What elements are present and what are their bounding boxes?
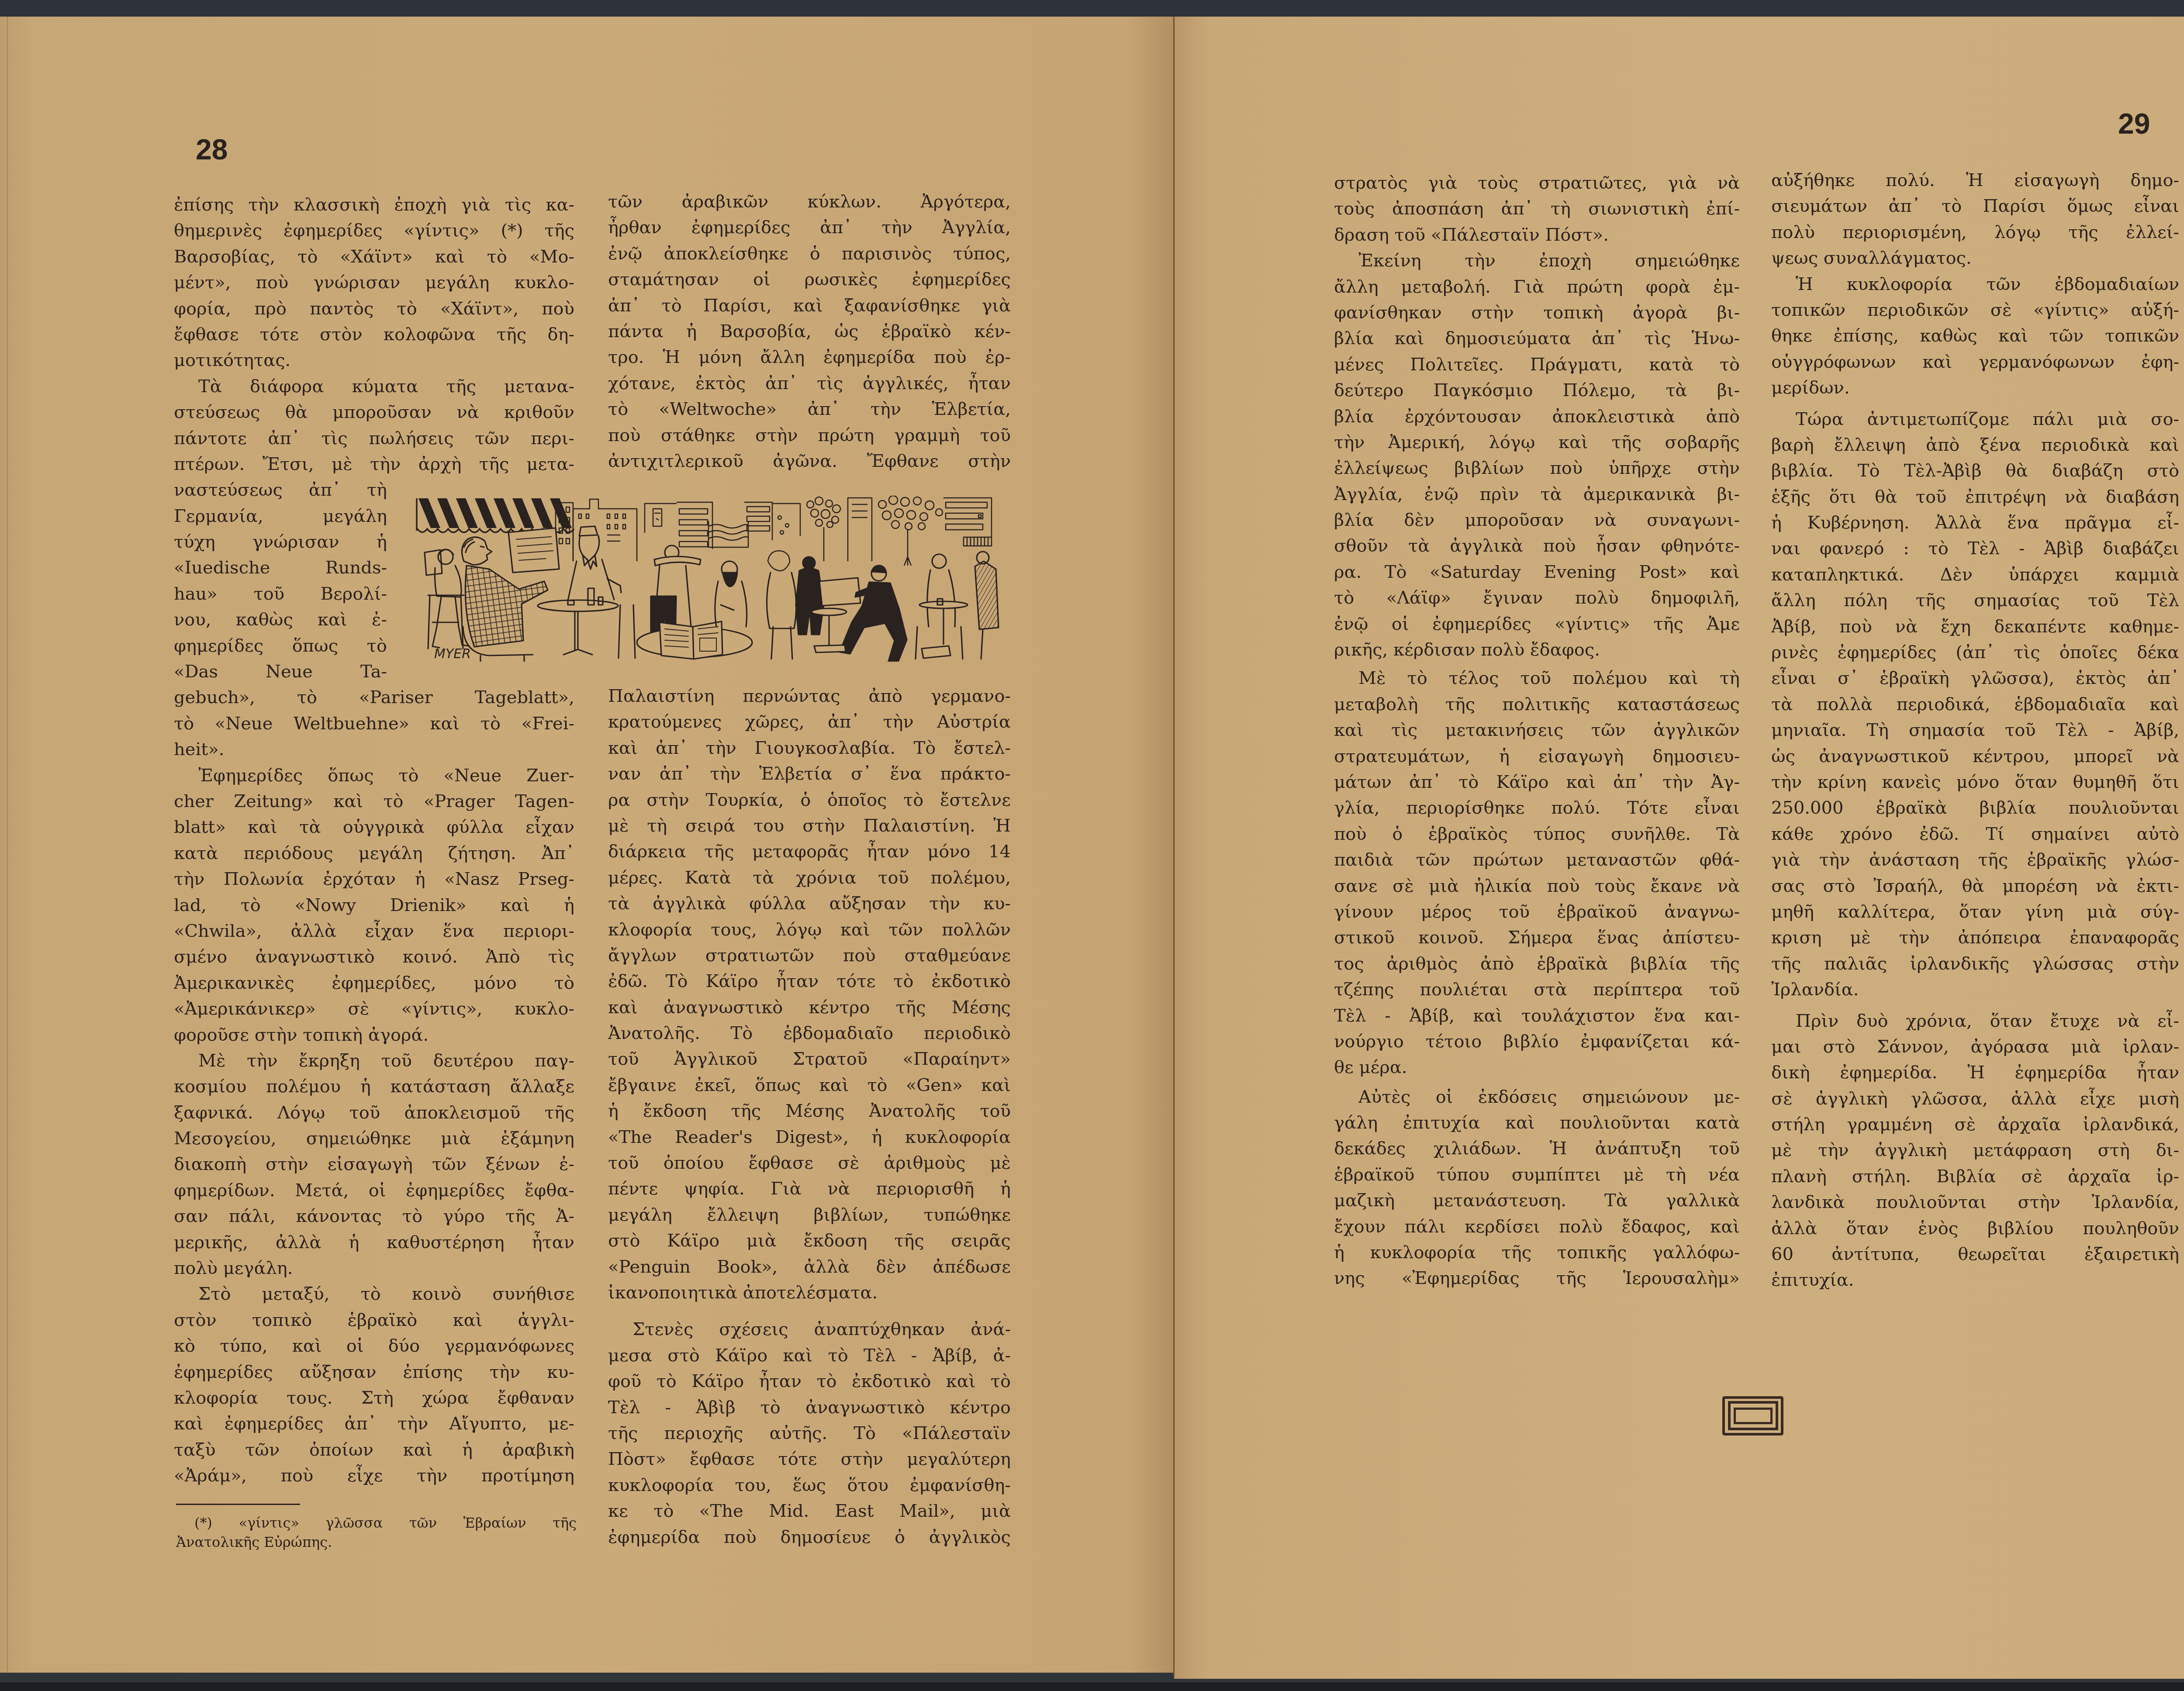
text-line: τὰ ἀγγλικὰ φύλλα αὔξησαν τὴν κυ- (608, 891, 1011, 917)
text-line: Στὸ μεταξύ, τὸ κοινὸ συνήθισε (174, 1281, 574, 1307)
footnote-rule (176, 1504, 300, 1505)
text-line: νου, καθὼς καὶ ἐ- (174, 607, 387, 633)
text-line: τὸ «Neue Weltbuehne» καὶ τὸ «Frei- (174, 711, 574, 737)
text-line: ξαφνικά. Λόγῳ τοῦ ἀποκλεισμοῦ τῆς (174, 1100, 574, 1126)
text-line: 250.000 ἑβραϊκὰ βιβλία πουλιοῦνται (1771, 795, 2179, 821)
text-line: Ἀμερικανικὲς ἐφημερίδες, μόνο τὸ (174, 970, 574, 996)
text-line: τῆς παλιᾶς ἰρλανδικῆς γλώσσας στὴν (1771, 951, 2179, 977)
text-line: μαι στὸ Σάννον, ἀγόρασα μιὰ ἰρλαν- (1771, 1034, 2179, 1060)
text-line: κλοφορία τους. Στὴ χώρα ἔφθαναν (174, 1385, 574, 1411)
text-line: πάντοτε ἀπ᾽ τὶς πωλήσεις τῶν περι- (174, 426, 574, 452)
text-line: Βαρσοβίας, τὸ «Χάϊντ» καὶ τὸ «Μο- (174, 244, 574, 270)
text-line: μερίδων. (1771, 375, 2179, 401)
scan-border-top (0, 0, 2184, 17)
text-line: Ἀβίβ, ποὺ νὰ ἔχη δεκαπέντε καθημε- (1771, 614, 2179, 640)
text-line: τὴν Ἀμερική, λόγῳ καὶ τῆς σοβαρῆς (1334, 430, 1740, 456)
text-line: ἔβγαινε ἐκεῖ, ὅπως καὶ τὸ «Gen» καὶ (608, 1073, 1011, 1098)
text-line: τος ἀριθμὸς ἀπὸ ἑβραϊκὰ βιβλία τῆς (1334, 951, 1740, 977)
book-gutter (1173, 17, 1175, 1676)
text-line: ταξὺ τῶν ὁποίων καὶ ἡ ἀραβικὴ (174, 1437, 574, 1463)
text-line: βλία δὲν μποροῦσαν νὰ συναγωνι- (1334, 507, 1740, 533)
text-line: τοὺς ἀποσπάση ἀπ᾽ τὴ σιωνιστικὴ ἐπί- (1334, 196, 1740, 222)
text-line: μεταβολὴ τῆς πολιτικῆς καταστάσεως (1334, 692, 1740, 718)
text-line: τοῦ Ἀγγλικοῦ Στρατοῦ «Παραίηντ» (608, 1046, 1011, 1072)
text-line: κάθε χρόνο ἐδῶ. Τί σημαίνει αὐτὸ (1771, 821, 2179, 847)
cafe-terrace-illustration: MYER (415, 496, 1002, 662)
text-line: τῆς περιοχῆς αὐτῆς. Τὸ «Πάλεσταϊν (608, 1421, 1011, 1446)
left-page-column-2-top: τῶν ἀραβικῶν κύκλων. Ἀργότερα, ἦρθαν ἐφη… (608, 189, 1011, 474)
text-line: στὸν τοπικὸ ἑβραϊκὸ καὶ ἀγγλι- (174, 1308, 574, 1333)
text-line: βιβλία. Τὸ Τὲλ-Ἀβὶβ θὰ διαβάζη στὸ (1771, 458, 2179, 484)
footnote-line: (*) «γίντις» γλῶσσα τῶν Ἑβραίων τῆς (176, 1513, 577, 1532)
text-line: σας στὸ Ἰσραήλ, θὰ μπορέση νὰ ἐκτι- (1771, 873, 2179, 899)
text-line: «Chwila», ἀλλὰ εἶχαν ἕνα περιορι- (174, 918, 574, 944)
text-line: ἐλλείψεως βιβλίων ποὺ ὑπῆρχε στὴν (1334, 456, 1740, 481)
text-line: φανίσθηκαν στὴν τοπικὴ ἀγορὰ βι- (1334, 300, 1740, 326)
text-line: τῶν ἀραβικῶν κύκλων. Ἀργότερα, (608, 189, 1011, 215)
text-line: μὲ τὴν ἀγγλικὴ μετάφραση στὴ δι- (1771, 1138, 2179, 1163)
text-line: ναι φανερό : τὸ Τὲλ - Ἀβὶβ διαβάζει (1771, 536, 2179, 562)
striped-awning (417, 498, 574, 532)
text-line: μαζικὴ μετανάστευση. Τὰ γαλλικὰ (1334, 1188, 1740, 1214)
text-line: «Das Neue Ta- (174, 659, 387, 685)
text-line: δραση τοῦ «Πάλεσταϊν Πόστ». (1334, 222, 1740, 248)
text-line: ἐνῷ ἀποκλείσθηκε ὁ παρισινὸς τύπος, (608, 241, 1011, 267)
text-line: πέντε ψηφία. Γιὰ νὰ περιορισθῆ ἡ (608, 1176, 1011, 1202)
cafe-figures (425, 526, 999, 662)
text-line: στεύσεως θὰ μποροῦσαν νὰ κριθοῦν (174, 400, 574, 425)
text-line: κοσμίου πολέμου ἡ κατάσταση ἄλλαξε (174, 1074, 574, 1100)
text-line: θημερινὲς ἐφημερίδες «γίντις» (*) τῆς (174, 218, 574, 244)
text-line: ἀπ᾽ τὸ Παρίσι, καὶ ξαφανίσθηκε γιὰ (608, 293, 1011, 319)
text-line: τρο. Ἡ μόνη ἄλλη ἐφημερίδα ποὺ ἐρ- (608, 345, 1011, 370)
text-line: γλία, περιορίσθηκε πολύ. Τότε εἶναι (1334, 795, 1740, 821)
text-line: «Ἀμερικάνικερ» σὲ «γίντις», κυκλο- (174, 996, 574, 1022)
text-line: δεκάδες χιλιάδων. Ἡ ἀνάπτυξη τοῦ (1334, 1136, 1740, 1162)
text-line: μοτικότητας. (174, 348, 574, 373)
text-line: ποὺ ὁ ἑβραϊκὸς τύπος συνῆλθε. Τὰ (1334, 821, 1740, 847)
text-line: Ἀνατολῆς. Τὸ ἑβδομαδιαῖο περιοδικὸ (608, 1021, 1011, 1046)
footnote: (*) «γίντις» γλῶσσα τῶν Ἑβραίων τῆς Ἀνατ… (176, 1513, 577, 1552)
text-line: ὡς ἀναγνωστικοῦ κέντρου, μπορεῖ νὰ (1771, 744, 2179, 770)
text-line: «The Reader's Digest», ἡ κυκλοφορία (608, 1125, 1011, 1150)
text-line: Πρὶν δυὸ χρόνια, ὅταν ἔτυχε νὰ εἶ- (1771, 1008, 2179, 1034)
text-line: φοῦ τὸ Κάϊρο ἦταν τὸ ἐκδοτικὸ καὶ τὸ (608, 1369, 1011, 1394)
text-line: ἀλλὰ ὅταν ἑνὸς βιβλίου πουληθοῦν (1771, 1216, 2179, 1242)
text-line: πολὺ περιορισμένη, λόγῳ τῆς ἐλλεί- (1771, 220, 2179, 245)
text-line: θηκε ἐπίσης, καθὼς καὶ τῶν τοπικῶν (1771, 323, 2179, 349)
left-page-column-1: ἐπίσης τὴν κλασσικὴ ἐποχὴ γιὰ τὶς κα- θη… (174, 192, 574, 1489)
text-line: τζέπης πουλιέται στὰ περίπτερα τοῦ (1334, 977, 1740, 1003)
text-line: ἄλλη μεταβολή. Γιὰ πρώτη φορὰ ἐμ- (1334, 274, 1740, 300)
text-line: hau» τοῦ Βερολί- (174, 581, 387, 607)
text-line: αὐξήθηκε πολύ. Ἡ εἰσαγωγὴ δημο- (1771, 168, 2179, 193)
text-line: ψεως συναλλάγματος. (1771, 245, 2179, 271)
text-line: πλανὴ στήλη. Βιβλία σὲ ἀρχαῖα ἰρ- (1771, 1164, 2179, 1190)
text-line: ἐφημερίδα ποὺ δημοσίευε ὁ ἀγγλικὸς (608, 1525, 1011, 1550)
text-line: μεγάλη ἔλλειψη βιβλίων, τυπώθηκε (608, 1202, 1011, 1228)
text-line: μένες Πολιτεῖες. Πράγματι, κατὰ τὸ (1334, 352, 1740, 378)
text-line: Ἀγγλία, ἐνῷ πρὶν τὰ ἀμερικανικὰ βι- (1334, 482, 1740, 507)
text-line: διακοπὴ στὴν εἰσαγωγὴ τῶν ξένων ἐ- (174, 1152, 574, 1177)
text-line: ναν ἀπ᾽ τὴν Ἑλβετία σ᾽ ἕνα πράκτο- (608, 761, 1011, 787)
text-line: κατὰ περιόδους μεγάλη ζήτηση. Ἀπ᾽ (174, 841, 574, 866)
text-line: Αὐτὲς οἱ ἐκδόσεις σημειώνουν με- (1334, 1084, 1740, 1110)
text-line: Τὲλ - Ἀβίβ, καὶ τουλάχιστον ἕνα και- (1334, 1003, 1740, 1029)
text-line: πτέρων. Ἔτσι, μὲ τὴν ἀρχὴ τῆς μετα- (174, 452, 574, 477)
text-line: ἐφημερίδες αὔξησαν ἐπίσης τὴν κυ- (174, 1360, 574, 1385)
text-line: cher Zeitung» καὶ τὸ «Prager Tagen- (174, 789, 574, 814)
text-line: ἑξῆς ὅτι θὰ τοῦ ἐπιτρέψη νὰ διαβάση (1771, 484, 2179, 510)
text-line: Τώρα ἀντιμετωπίζομε πάλι μιὰ σο- (1771, 407, 2179, 432)
text-line: στικοῦ κοινοῦ. Σήμερα ἕνας ἀπίστευ- (1334, 925, 1740, 951)
text-line: βλία καὶ δημοσιεύματα ἀπ᾽ τὶς Ἡνω- (1334, 326, 1740, 352)
text-line: πάντα ἡ Βαρσοβία, ὡς ἑβραϊκὸ κέν- (608, 319, 1011, 345)
text-line: ἡ κυκλοφορία τῆς τοπικῆς γαλλόφω- (1334, 1240, 1740, 1266)
text-line: κυκλοφορία του, ἕως ὅτου ἐμφανίσθη- (608, 1473, 1011, 1498)
text-line: καὶ ἐφημερίδες ἀπ᾽ τὴν Αἴγυπτο, με- (174, 1411, 574, 1437)
text-line: κε τὸ «The Mid. East Mail», μιὰ (608, 1498, 1011, 1524)
text-line: φημερίδες ὅπως τὸ (174, 633, 387, 659)
text-line: ἑβραϊκοῦ τύπου συμπίπτει μὲ τὴ νέα (1334, 1162, 1740, 1188)
text-line: heit». (174, 737, 574, 763)
text-line: μεσα στὸ Κάϊρο καὶ τὸ Τὲλ - Ἀβίβ, ἀ- (608, 1343, 1011, 1369)
text-line: εἶναι σ᾽ ἑβραϊκὴ γλῶσσα), ἐκτὸς ἀπ᾽ (1771, 666, 2179, 691)
text-line: διάρκεια τῆς μεταφορᾶς ἦταν μόνο 14 (608, 839, 1011, 865)
text-line: ἐπιτυχία. (1771, 1267, 2179, 1293)
text-line: σιευμάτων ἀπ᾽ τὸ Παρίσι ὅμως εἶναι (1771, 193, 2179, 219)
text-line: μηθῆ καλλίτερα, ὅταν γίνη μιὰ σύγ- (1771, 899, 2179, 925)
text-line: στὸ Κάϊρο μιὰ ἔκδοση τῆς σειρᾶς (608, 1228, 1011, 1254)
text-line: gebuch», τὸ «Pariser Tageblatt», (174, 685, 574, 711)
text-line: ἔφθασε τότε στὸν κολοφῶνα τῆς δη- (174, 322, 574, 348)
text-line: Γερμανία, μεγάλη (174, 504, 387, 529)
text-line: καὶ τὶς μετακινήσεις τῶν ἀγγλικῶν (1334, 718, 1740, 743)
text-line: στρατευμάτων, ἡ εἰσαγωγὴ δημοσιευ- (1334, 744, 1740, 770)
text-line: Μεσογείου, σημειώθηκε μιὰ ἑξάμηνη (174, 1126, 574, 1152)
text-line: τὴν Πολωνία ἐρχόταν ἡ «Nasz Prseg- (174, 866, 574, 892)
text-line: γιὰ τὴν ἀνάσταση τῆς ἑβραϊκῆς γλώσ- (1771, 847, 2179, 873)
text-line: στρατὸς γιὰ τοὺς στρατιῶτες, γιὰ νὰ (1334, 170, 1740, 196)
text-line: φημερίδων. Μετά, οἱ ἐφημερίδες ἔφθα- (174, 1178, 574, 1204)
text-line: Στενὲς σχέσεις ἀναπτύχθηκαν ἀνά- (608, 1317, 1011, 1342)
text-line: ρικῆς, κέρδισαν πολὺ ἔδαφος. (1334, 637, 1740, 663)
text-line: σαν πάλι, κάνοντας τὸ γύρο τῆς Ἀ- (174, 1204, 574, 1229)
text-line: στήλη γραμμένη σὲ ἀρχαῖα ἰρλανδικά, (1771, 1112, 2179, 1138)
text-line: ἱκανοποιητικὰ ἀποτελέσματα. (608, 1280, 1011, 1306)
text-line: Μὲ τὸ τέλος τοῦ πολέμου καὶ τὴ (1334, 666, 1740, 691)
footnote-line: Ἀνατολικῆς Εὐρώπης. (176, 1532, 577, 1552)
text-line: θε μέρα. (1334, 1055, 1740, 1080)
text-line: μέντ», ποὺ γνώρισαν μεγάλη κυκλο- (174, 270, 574, 296)
text-line: blatt» καὶ τὰ οὑγγρικὰ φύλλα εἶχαν (174, 814, 574, 840)
text-line: σὲ ἀγγλικὴ γλῶσσα, ἀλλὰ εἶχε μισὴ (1771, 1086, 2179, 1112)
text-line: μάτων ἀπ᾽ τὸ Κάϊρο καὶ ἀπ᾽ τὴν Ἀγ- (1334, 770, 1740, 795)
illustration-signature: MYER (434, 646, 471, 662)
left-page-column-2-bottom: Παλαιστίνη περνώντας ἀπὸ γερμανο- κρατού… (608, 683, 1011, 1550)
text-line: μέρες. Κατὰ τὰ χρόνια τοῦ πολέμου, (608, 865, 1011, 891)
text-line: παιδιὰ τῶν πρώτων μεταναστῶν φθά- (1334, 847, 1740, 873)
text-line: «Iuedische Runds- (174, 555, 387, 581)
text-line: τοπικῶν περιοδικῶν σὲ «γίντις» αὐξή- (1771, 297, 2179, 323)
text-line: ἀντιχιτλερικοῦ ἀγῶνα. Ἔφθανε στὴν (608, 449, 1011, 474)
text-line: Πὸστ» ἔφθασε τότε στὴν μεγαλύτερη (608, 1446, 1011, 1472)
text-line: μὲ τὴ σειρά του στὴν Παλαιστίνη. Ἡ (608, 813, 1011, 839)
text-line: ρα. Τὸ «Saturday Evening Post» καὶ (1334, 559, 1740, 585)
text-line: τοῦ ὁποίου ἔφθασε σὲ ἀριθμοὺς μὲ (608, 1150, 1011, 1176)
city-skyline (556, 496, 992, 566)
text-line: Τὲλ - Ἀβὶβ τὸ ἀναγνωστικὸ κέντρο (608, 1395, 1011, 1421)
text-line: σμένο ἀναγνωστικὸ κοινό. Ἀπὸ τὶς (174, 944, 574, 970)
text-line: κρατούμενες χῶρες, ἀπ᾽ τὴν Αὐστρία (608, 709, 1011, 735)
text-line: νης «Ἐφημερίδας τῆς Ἱερουσαλὴμ» (1334, 1266, 1740, 1291)
text-line: «Ἀράμ», ποὺ εἶχε τὴν προτίμηση (174, 1463, 574, 1489)
text-line: φοροῦσε στὴν τοπικὴ ἀγορά. (174, 1022, 574, 1048)
text-line: δικὴ ἐφημερίδα. Ἡ ἐφημερίδα ἦταν (1771, 1060, 2179, 1086)
text-line: ρινὲς ἐφημερίδες (ἀπ᾽ τὶς ὁποῖες δέκα (1771, 640, 2179, 666)
text-line: τὴν κρίνη κανεὶς μόνο ὅταν θυμηθῆ ὅτι (1771, 770, 2179, 795)
text-line: ἦρθαν ἐφημερίδες ἀπ᾽ τὴν Ἀγγλία, (608, 215, 1011, 241)
text-line: οὑγγρόφωνων καὶ γερμανόφωνων ἐφη- (1771, 349, 2179, 375)
page-stack-edge (7, 17, 8, 1673)
text-line: ἐδῶ. Τὸ Κάϊρο ἦταν τότε τὸ ἐκδοτικὸ (608, 969, 1011, 994)
text-line: μηνιαῖα. Τὴ σημασία τοῦ Τὲλ - Ἀβίβ, (1771, 718, 2179, 743)
text-line: Ἐφημερίδες ὅπως τὸ «Neue Zuer- (174, 763, 574, 789)
right-page-column-2: αὐξήθηκε πολύ. Ἡ εἰσαγωγὴ δημο- σιευμάτω… (1771, 168, 2179, 1294)
text-line: ἄλλη πόλη τῆς σημασίας τοῦ Τὲλ (1771, 588, 2179, 614)
text-line: κὸ τύπο, καὶ οἱ δύο γερμανόφωνες (174, 1333, 574, 1359)
text-line: «Penguin Book», ἀλλὰ δὲν ἀπέδωσε (608, 1254, 1011, 1280)
text-line: ἐπίσης τὴν κλασσικὴ ἐποχὴ γιὰ τὶς κα- (174, 192, 574, 218)
text-line: γάλη ἐπιτυχία καὶ πουλιοῦνται κατὰ (1334, 1110, 1740, 1136)
text-line: σθοῦν τὰ ἀγγλικὰ ποὺ ἦσαν φθηνότε- (1334, 533, 1740, 559)
text-line: Ἐκείνη τὴν ἐποχὴ σημειώθηκε (1334, 248, 1740, 274)
text-line: lad, τὸ «Nowy Drienik» καὶ ἡ (174, 893, 574, 918)
text-line: ἡ Κυβέρνηση. Ἀλλὰ ἕνα πρᾶγμα εἶ- (1771, 510, 2179, 536)
text-line: καταπληκτικά. Δὲν ὑπάρχει καμμιὰ (1771, 562, 2179, 588)
triple-rectangle-ornament-icon (1722, 1396, 1783, 1436)
page-number-right: 29 (2118, 109, 2150, 138)
text-line: δεύτερο Παγκόσμιο Πόλεμο, τὰ βι- (1334, 378, 1740, 404)
text-line: Ἡ κυκλοφορία τῶν ἑβδομαδιαίων (1771, 272, 2179, 297)
text-line: κλοφορία τους, λόγῳ καὶ τῶν πολλῶν (608, 917, 1011, 943)
text-line: σταμάτησαν οἱ ρωσικὲς ἐφημερίδες (608, 267, 1011, 293)
text-line: ἡ ἔκδοση τῆς Μέσης Ἀνατολῆς τοῦ (608, 1098, 1011, 1124)
text-line: νούργιο τέτοιο βιβλίο ἐμφανίζεται κά- (1334, 1029, 1740, 1055)
page-number-left: 28 (196, 135, 228, 164)
text-line: γίνουν μέρος τοῦ ἑβραϊκοῦ ἀναγνω- (1334, 899, 1740, 925)
text-line: ἔχουν πάλι κερδίσει πολὺ ἔδαφος, καὶ (1334, 1214, 1740, 1240)
text-line: τύχη γνώρισαν ἡ (174, 529, 387, 555)
text-line: Μὲ τὴν ἔκρηξη τοῦ δευτέρου παγ- (174, 1048, 574, 1074)
text-line: 60 ἀντίτυπα, θεωρεῖται ἐξαιρετικὴ (1771, 1242, 2179, 1267)
text-line: καὶ ἀναγνωστικὸ κέντρο τῆς Μέσης (608, 995, 1011, 1021)
text-line: βλία ἐρχόντουσαν ἀποκλειστικὰ ἀπὸ (1334, 404, 1740, 430)
text-line: χότανε, ἐκτὸς ἀπ᾽ τὶς ἀγγλικές, ἦταν (608, 371, 1011, 397)
text-line: μερικῆς, ἀλλὰ ἡ καθυστέρηση ἦταν (174, 1230, 574, 1256)
text-line: πολὺ μεγάλη. (174, 1256, 574, 1281)
text-line: ἐνῷ οἱ ἐφημερίδες «γίντις» τῆς Ἀμε (1334, 611, 1740, 637)
text-line: τὸ «Weltwoche» ἀπ᾽ τὴν Ἑλβετία, (608, 397, 1011, 422)
text-line: ἄγγλων στρατιωτῶν ποὺ σταθμεύανε (608, 943, 1011, 969)
text-line: ποὺ στάθηκε στὴν πρώτη γραμμὴ τοῦ (608, 423, 1011, 449)
text-line: σανε σὲ μιὰ ἡλικία ποὺ τοὺς ἔκανε νὰ (1334, 873, 1740, 899)
text-line: τὰ πολλὰ περιοδικά, ἑβδομαδιαῖα καὶ (1771, 692, 2179, 718)
right-page-column-1: στρατὸς γιὰ τοὺς στρατιῶτες, γιὰ νὰ τοὺς… (1334, 170, 1740, 1292)
text-line: κριση μὲ τὴν ἀπόπειρα ἐπαναφορᾶς (1771, 925, 2179, 951)
text-line: καὶ ἀπ᾽ τὴν Γιουγκοσλαβία. Τὸ ἔστελ- (608, 735, 1011, 761)
text-line: βαρὴ ἔλλειψη ἀπὸ ξένα περιοδικὰ καὶ (1771, 432, 2179, 458)
text-line: λανδικὰ πουλιοῦνται στὴν Ἰρλανδία, (1771, 1190, 2179, 1215)
text-line: ναστεύσεως ἀπ᾽ τὴ (174, 477, 387, 503)
text-line: ρα στὴν Τουρκία, ὁ ὁποῖος τὸ ἔστελνε (608, 787, 1011, 813)
text-line: τὸ «Λάϊφ» ἔγιναν πολὺ δημοφιλῆ, (1334, 585, 1740, 611)
text-line: Παλαιστίνη περνώντας ἀπὸ γερμανο- (608, 683, 1011, 709)
text-line: Ἰρλανδία. (1771, 977, 2179, 1003)
text-line: Τὰ διάφορα κύματα τῆς μετανα- (174, 374, 574, 400)
text-line: φορία, πρὸ παντὸς τὸ «Χάϊντ», ποὺ (174, 296, 574, 322)
